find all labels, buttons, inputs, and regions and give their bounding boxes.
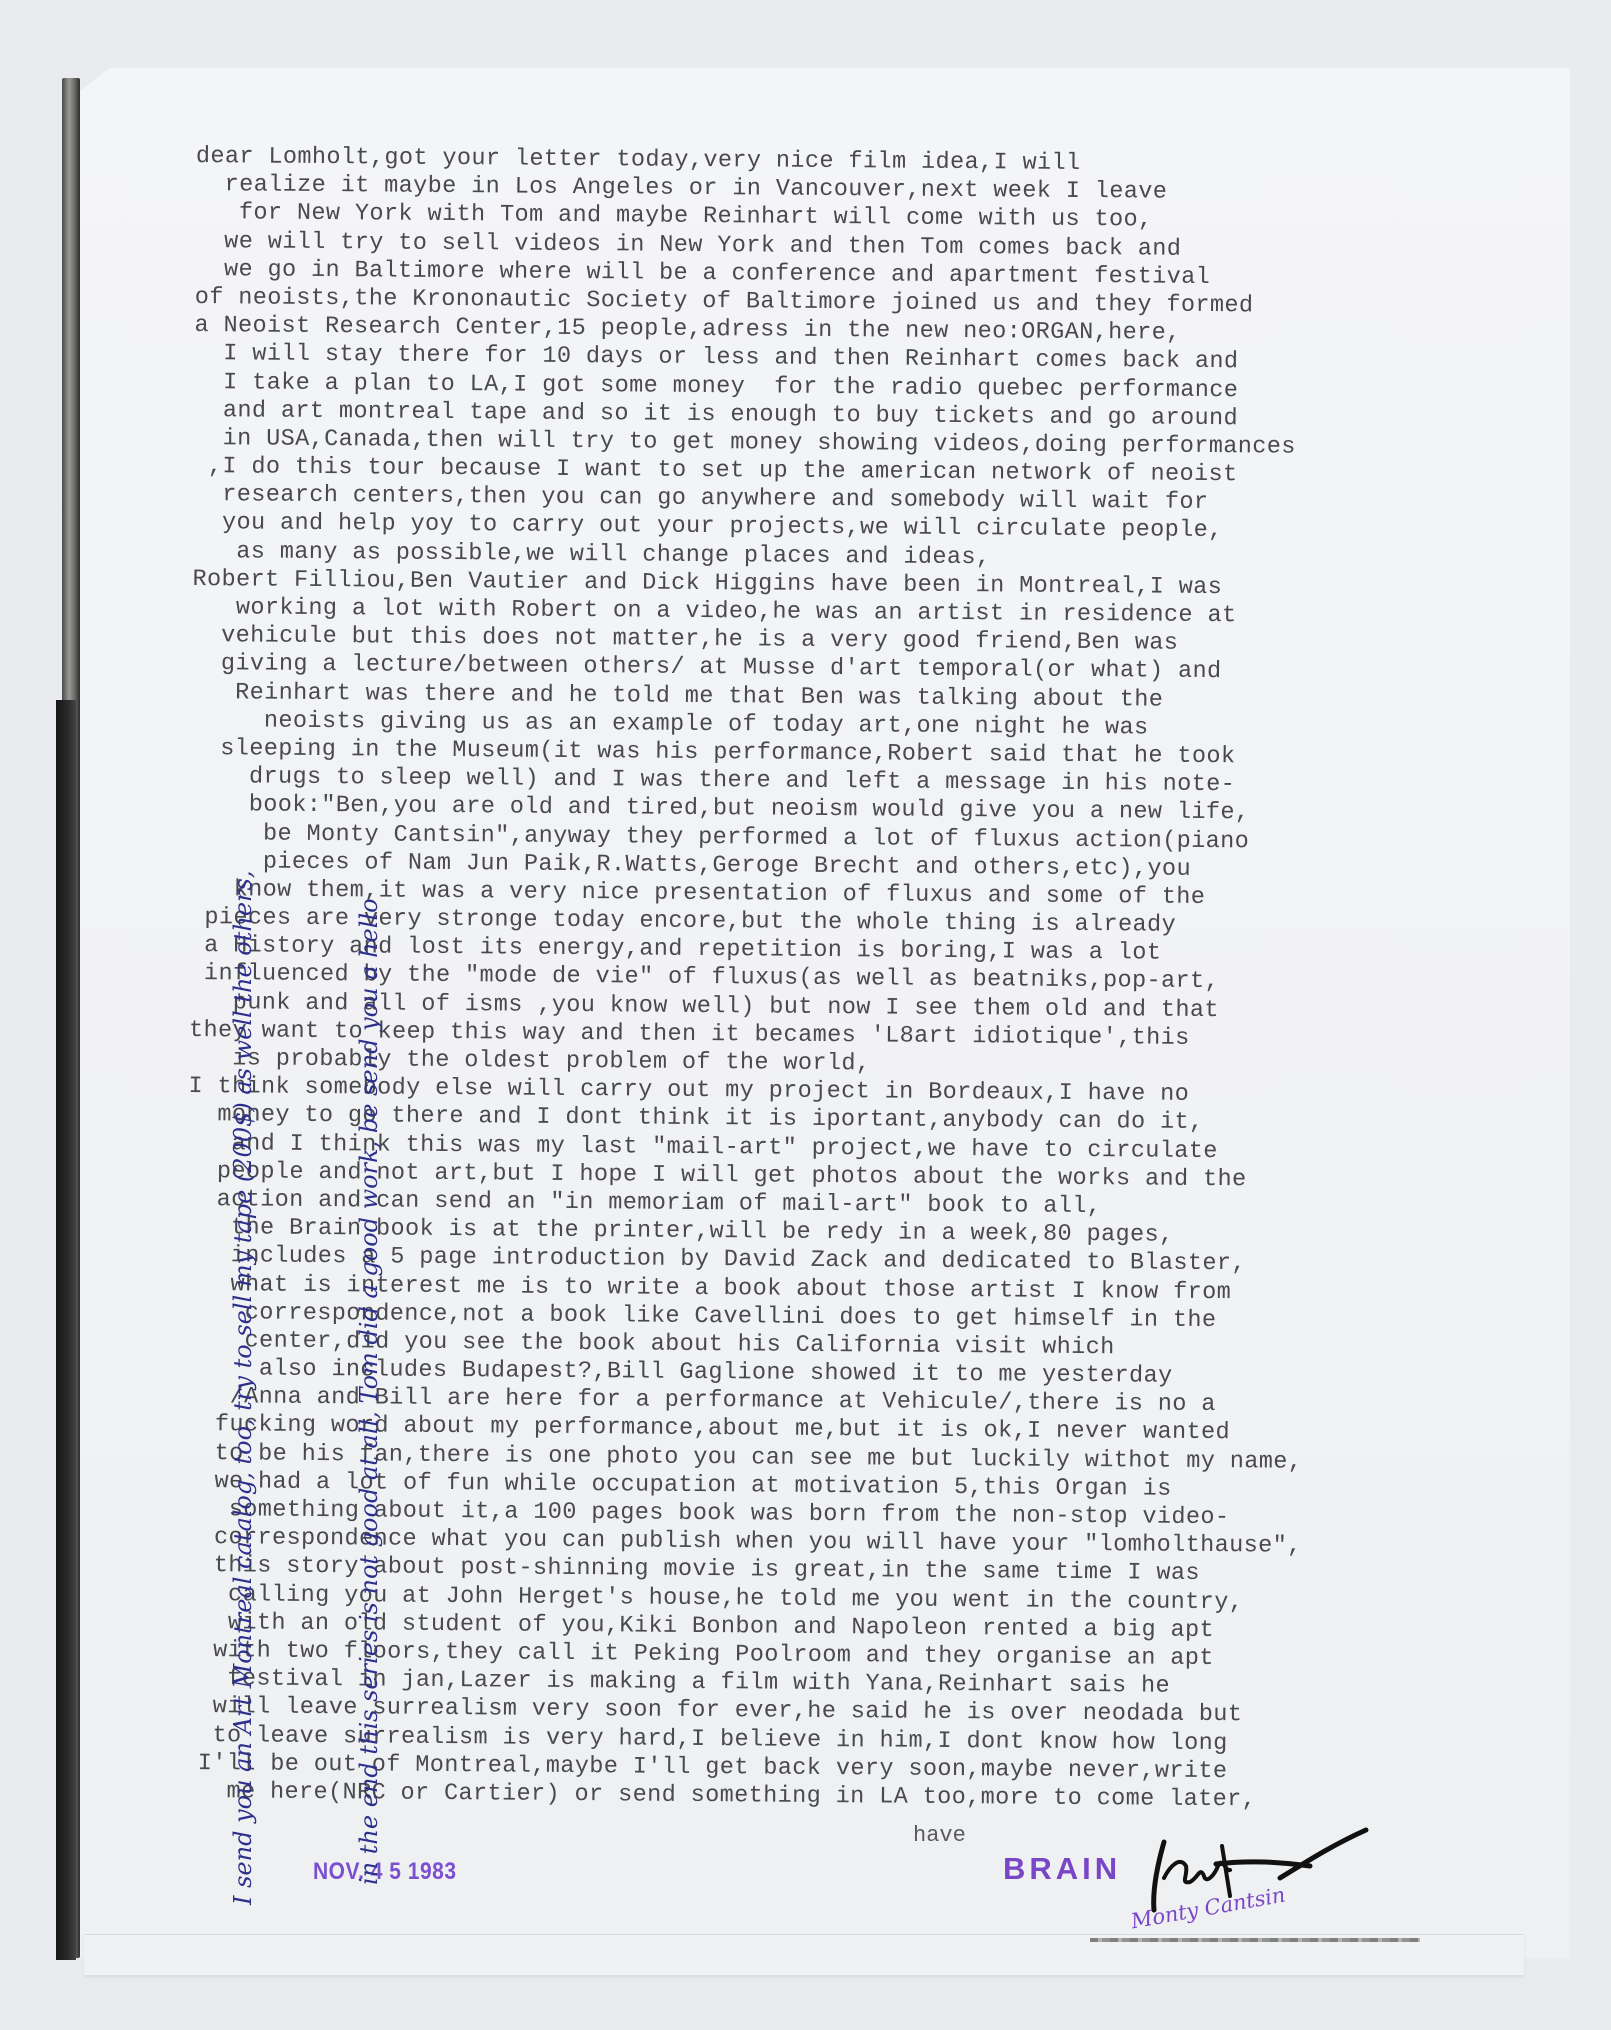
margin-note-line-1: I send you an Art Montreal catalog, too,…: [222, 85, 264, 1905]
margin-note-line-2: in the end this series is not good at al…: [348, 85, 390, 1905]
handwritten-margin-note: I send you an Art Montreal catalog, too,…: [138, 85, 432, 1905]
binder-edge-shadow: [56, 700, 76, 1960]
ink-smudge: [1090, 1938, 1420, 1942]
brain-stamp: BRAIN: [1003, 1851, 1121, 1887]
typed-closing: have: [913, 1823, 966, 1848]
